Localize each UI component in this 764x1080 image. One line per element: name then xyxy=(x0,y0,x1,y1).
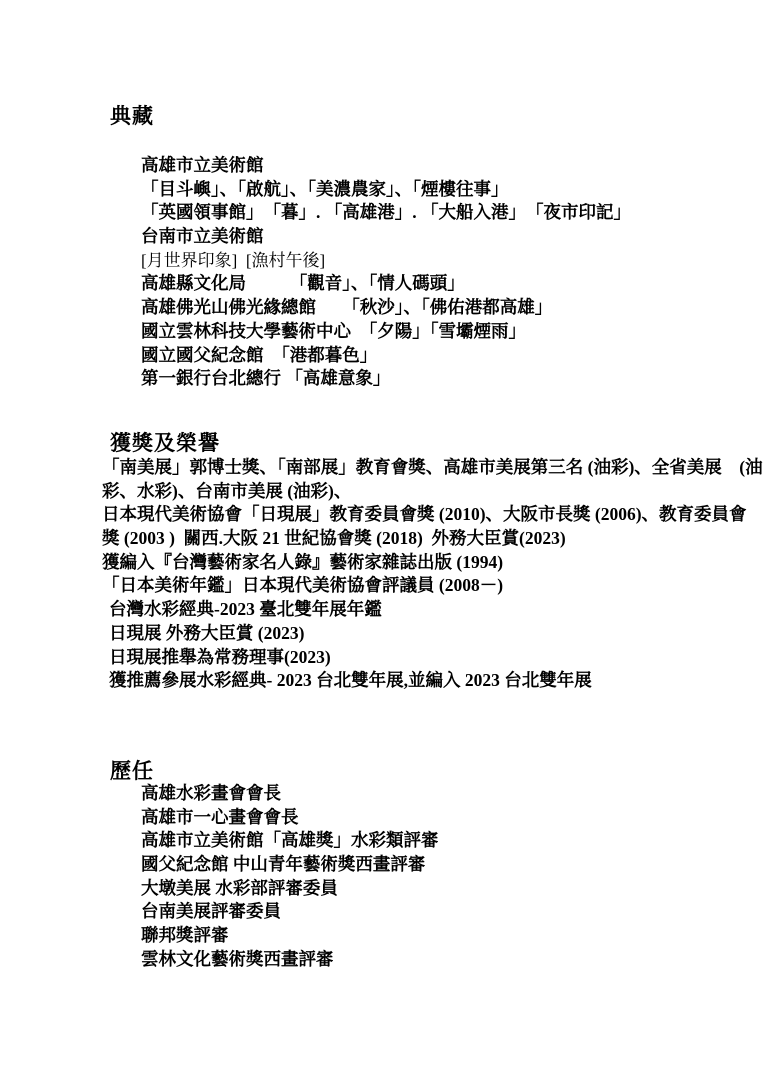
collection-line: 「目斗嶼」、「啟航」、「美濃農家」、「煙樓往事」 xyxy=(141,178,631,202)
award-line: 「日本美術年鑑」日本現代美術協會評議員 (2008－) xyxy=(102,574,763,598)
document-page: 典藏 高雄市立美術館 「目斗嶼」、「啟航」、「美濃農家」、「煙樓往事」 「英國領… xyxy=(0,0,764,1080)
section-heading-awards: 獲獎及榮譽 xyxy=(110,427,220,457)
position-line: 大墩美展 水彩部評審委員 xyxy=(141,877,439,901)
award-line: 台灣水彩經典-2023 臺北雙年展年鑑 xyxy=(102,598,763,622)
position-line: 高雄市立美術館「高雄獎」水彩類評審 xyxy=(141,829,439,853)
award-line: 獎 (2003 ) 關西.大阪 21 世紀協會獎 (2018) 外務大臣賞(20… xyxy=(102,527,763,551)
award-line: 日本現代美術協會「日現展」教育委員會獎 (2010)、大阪市長獎 (2006)、… xyxy=(102,503,763,527)
position-line: 雲林文化藝術獎西畫評審 xyxy=(141,948,439,972)
collection-line: [月世界印象] [漁村午後] xyxy=(141,249,631,273)
award-line: 彩、水彩)、台南市美展 (油彩)、 xyxy=(102,480,763,504)
collection-line: 高雄佛光山佛光緣總館 「秋沙」、「佛佑港都高雄」 xyxy=(141,296,631,320)
collection-line: 高雄市立美術館 xyxy=(141,154,631,178)
section-heading-positions: 歷任 xyxy=(110,755,154,785)
collection-line: 「英國領事館」 「暮」. 「高雄港」. 「大船入港」 「夜市印記」 xyxy=(141,201,631,225)
award-line: 獲推薦參展水彩經典- 2023 台北雙年展,並編入 2023 台北雙年展 xyxy=(102,669,763,693)
position-line: 高雄水彩畫會會長 xyxy=(141,782,439,806)
collection-line: 第一銀行台北總行 「高雄意象」 xyxy=(141,367,631,391)
position-line: 高雄市一心畫會會長 xyxy=(141,806,439,830)
collection-line: 高雄縣文化局 「觀音」、「情人碼頭」 xyxy=(141,272,631,296)
section-heading-collections: 典藏 xyxy=(110,100,154,130)
award-line: 日現展 外務大臣賞 (2023) xyxy=(102,622,763,646)
collection-line: 國立雲林科技大學藝術中心 「夕陽」「雪壩煙雨」 xyxy=(141,320,631,344)
awards-paragraph: 「南美展」郭博士獎、「南部展」教育會獎、高雄市美展第三名 (油彩)、全省美展 (… xyxy=(102,456,763,693)
position-line: 台南美展評審委員 xyxy=(141,900,439,924)
award-line: 獲編入『台灣藝術家名人錄』藝術家雜誌出版 (1994) xyxy=(102,551,763,575)
award-line: 「南美展」郭博士獎、「南部展」教育會獎、高雄市美展第三名 (油彩)、全省美展 (… xyxy=(102,456,763,480)
position-line: 國父紀念館 中山青年藝術獎西畫評審 xyxy=(141,853,439,877)
collection-line: 國立國父紀念館 「港都暮色」 xyxy=(141,344,631,368)
collections-list: 高雄市立美術館 「目斗嶼」、「啟航」、「美濃農家」、「煙樓往事」 「英國領事館」… xyxy=(141,154,631,391)
collection-line: 台南市立美術館 xyxy=(141,225,631,249)
position-line: 聯邦獎評審 xyxy=(141,924,439,948)
positions-list: 高雄水彩畫會會長 高雄市一心畫會會長 高雄市立美術館「高雄獎」水彩類評審 國父紀… xyxy=(141,782,439,972)
award-line: 日現展推舉為常務理事(2023) xyxy=(102,646,763,670)
